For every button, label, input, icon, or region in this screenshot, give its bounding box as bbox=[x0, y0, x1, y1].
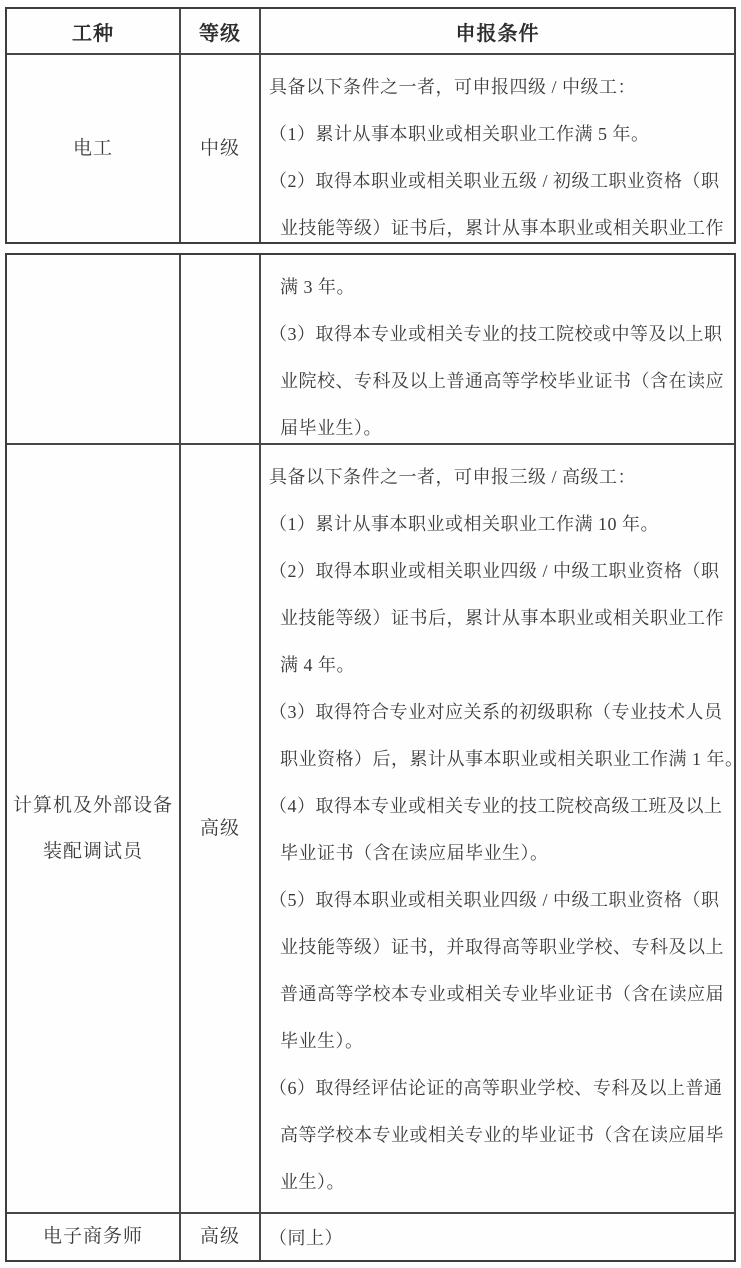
level-electrician: 中级 bbox=[179, 55, 259, 242]
condition-line: 普通高等学校本专业或相关专业毕业证书（含在读应届 bbox=[280, 971, 732, 1018]
level-empty bbox=[179, 255, 259, 443]
header-job: 工种 bbox=[7, 9, 179, 53]
condition-line: （2）取得本职业或相关职业四级 / 中级工职业资格（职 bbox=[269, 548, 732, 595]
document-page: 工种 等级 申报条件 电工 中级 具备以下条件之一者，可申报四级 / 中级工：（… bbox=[0, 0, 741, 1268]
table-header-row: 工种 等级 申报条件 bbox=[7, 9, 734, 53]
header-level: 等级 bbox=[179, 9, 259, 53]
condition-line: 满 3 年。 bbox=[280, 264, 732, 311]
condition-line: 具备以下条件之一者，可申报四级 / 中级工： bbox=[269, 64, 732, 111]
conditions-cell-electrician-continued: 满 3 年。（3）取得本专业或相关专业的技工院校或中等及以上职业院校、专科及以上… bbox=[259, 255, 734, 443]
condition-line: 具备以下条件之一者，可申报三级 / 高级工： bbox=[269, 454, 732, 501]
condition-line: 满 4 年。 bbox=[280, 642, 732, 689]
condition-line: （4）取得本专业或相关专业的技工院校高级工班及以上 bbox=[269, 783, 732, 830]
job-name-line-1: 计算机及外部设备 bbox=[13, 783, 173, 829]
conditions-cell-electrician: 具备以下条件之一者，可申报四级 / 中级工：（1）累计从事本职业或相关职业工作满… bbox=[259, 55, 734, 242]
table-block-1: 工种 等级 申报条件 电工 中级 具备以下条件之一者，可申报四级 / 中级工：（… bbox=[5, 7, 736, 244]
job-name-line-2: 装配调试员 bbox=[43, 829, 143, 875]
table-block-2: 满 3 年。（3）取得本专业或相关专业的技工院校或中等及以上职业院校、专科及以上… bbox=[5, 253, 736, 1262]
level-ecommerce: 高级 bbox=[179, 1214, 259, 1260]
condition-line: 业技能等级）证书后，累计从事本职业或相关职业工作 bbox=[280, 595, 732, 642]
condition-line: （3）取得本专业或相关专业的技工院校或中等及以上职 bbox=[269, 311, 732, 358]
condition-line: （6）取得经评估论证的高等职业学校、专科及以上普通 bbox=[269, 1065, 732, 1112]
condition-line: （3）取得符合专业对应关系的初级职称（专业技术人员 bbox=[269, 689, 732, 736]
condition-line: 高等学校本专业或相关专业的毕业证书（含在读应届毕 bbox=[280, 1112, 732, 1159]
condition-line: （1）累计从事本职业或相关职业工作满 5 年。 bbox=[269, 111, 732, 158]
table-row-computer-assembler: 计算机及外部设备 装配调试员 高级 具备以下条件之一者，可申报三级 / 高级工：… bbox=[7, 443, 734, 1212]
condition-line: 业技能等级）证书，并取得高等职业学校、专科及以上 bbox=[280, 924, 732, 971]
condition-line: 业技能等级）证书后，累计从事本职业或相关职业工作 bbox=[280, 205, 732, 252]
condition-line: 业生）。 bbox=[280, 1159, 732, 1206]
condition-line: 职业资格）后，累计从事本职业或相关职业工作满 1 年。 bbox=[280, 736, 732, 783]
job-name-ecommerce: 电子商务师 bbox=[7, 1214, 179, 1260]
table-row-electrician-continued: 满 3 年。（3）取得本专业或相关专业的技工院校或中等及以上职业院校、专科及以上… bbox=[7, 255, 734, 443]
conditions-cell-computer-assembler: 具备以下条件之一者，可申报三级 / 高级工：（1）累计从事本职业或相关职业工作满… bbox=[259, 445, 734, 1212]
table-row-electrician: 电工 中级 具备以下条件之一者，可申报四级 / 中级工：（1）累计从事本职业或相… bbox=[7, 53, 734, 242]
job-name-computer-assembler: 计算机及外部设备 装配调试员 bbox=[7, 445, 179, 1212]
table-row-ecommerce: 电子商务师 高级 （同上） bbox=[7, 1212, 734, 1260]
condition-line: 毕业生）。 bbox=[280, 1018, 732, 1065]
condition-line: （5）取得本职业或相关职业四级 / 中级工职业资格（职 bbox=[269, 877, 732, 924]
condition-line: 毕业证书（含在读应届毕业生）。 bbox=[280, 830, 732, 877]
header-conditions: 申报条件 bbox=[259, 9, 734, 53]
conditions-cell-ecommerce: （同上） bbox=[259, 1214, 734, 1260]
job-name-empty bbox=[7, 255, 179, 443]
condition-line: 业院校、专科及以上普通高等学校毕业证书（含在读应 bbox=[280, 358, 732, 405]
condition-line: （2）取得本职业或相关职业五级 / 初级工职业资格（职 bbox=[269, 158, 732, 205]
job-name-electrician: 电工 bbox=[7, 55, 179, 242]
condition-line: （1）累计从事本职业或相关职业工作满 10 年。 bbox=[269, 501, 732, 548]
level-computer-assembler: 高级 bbox=[179, 445, 259, 1212]
